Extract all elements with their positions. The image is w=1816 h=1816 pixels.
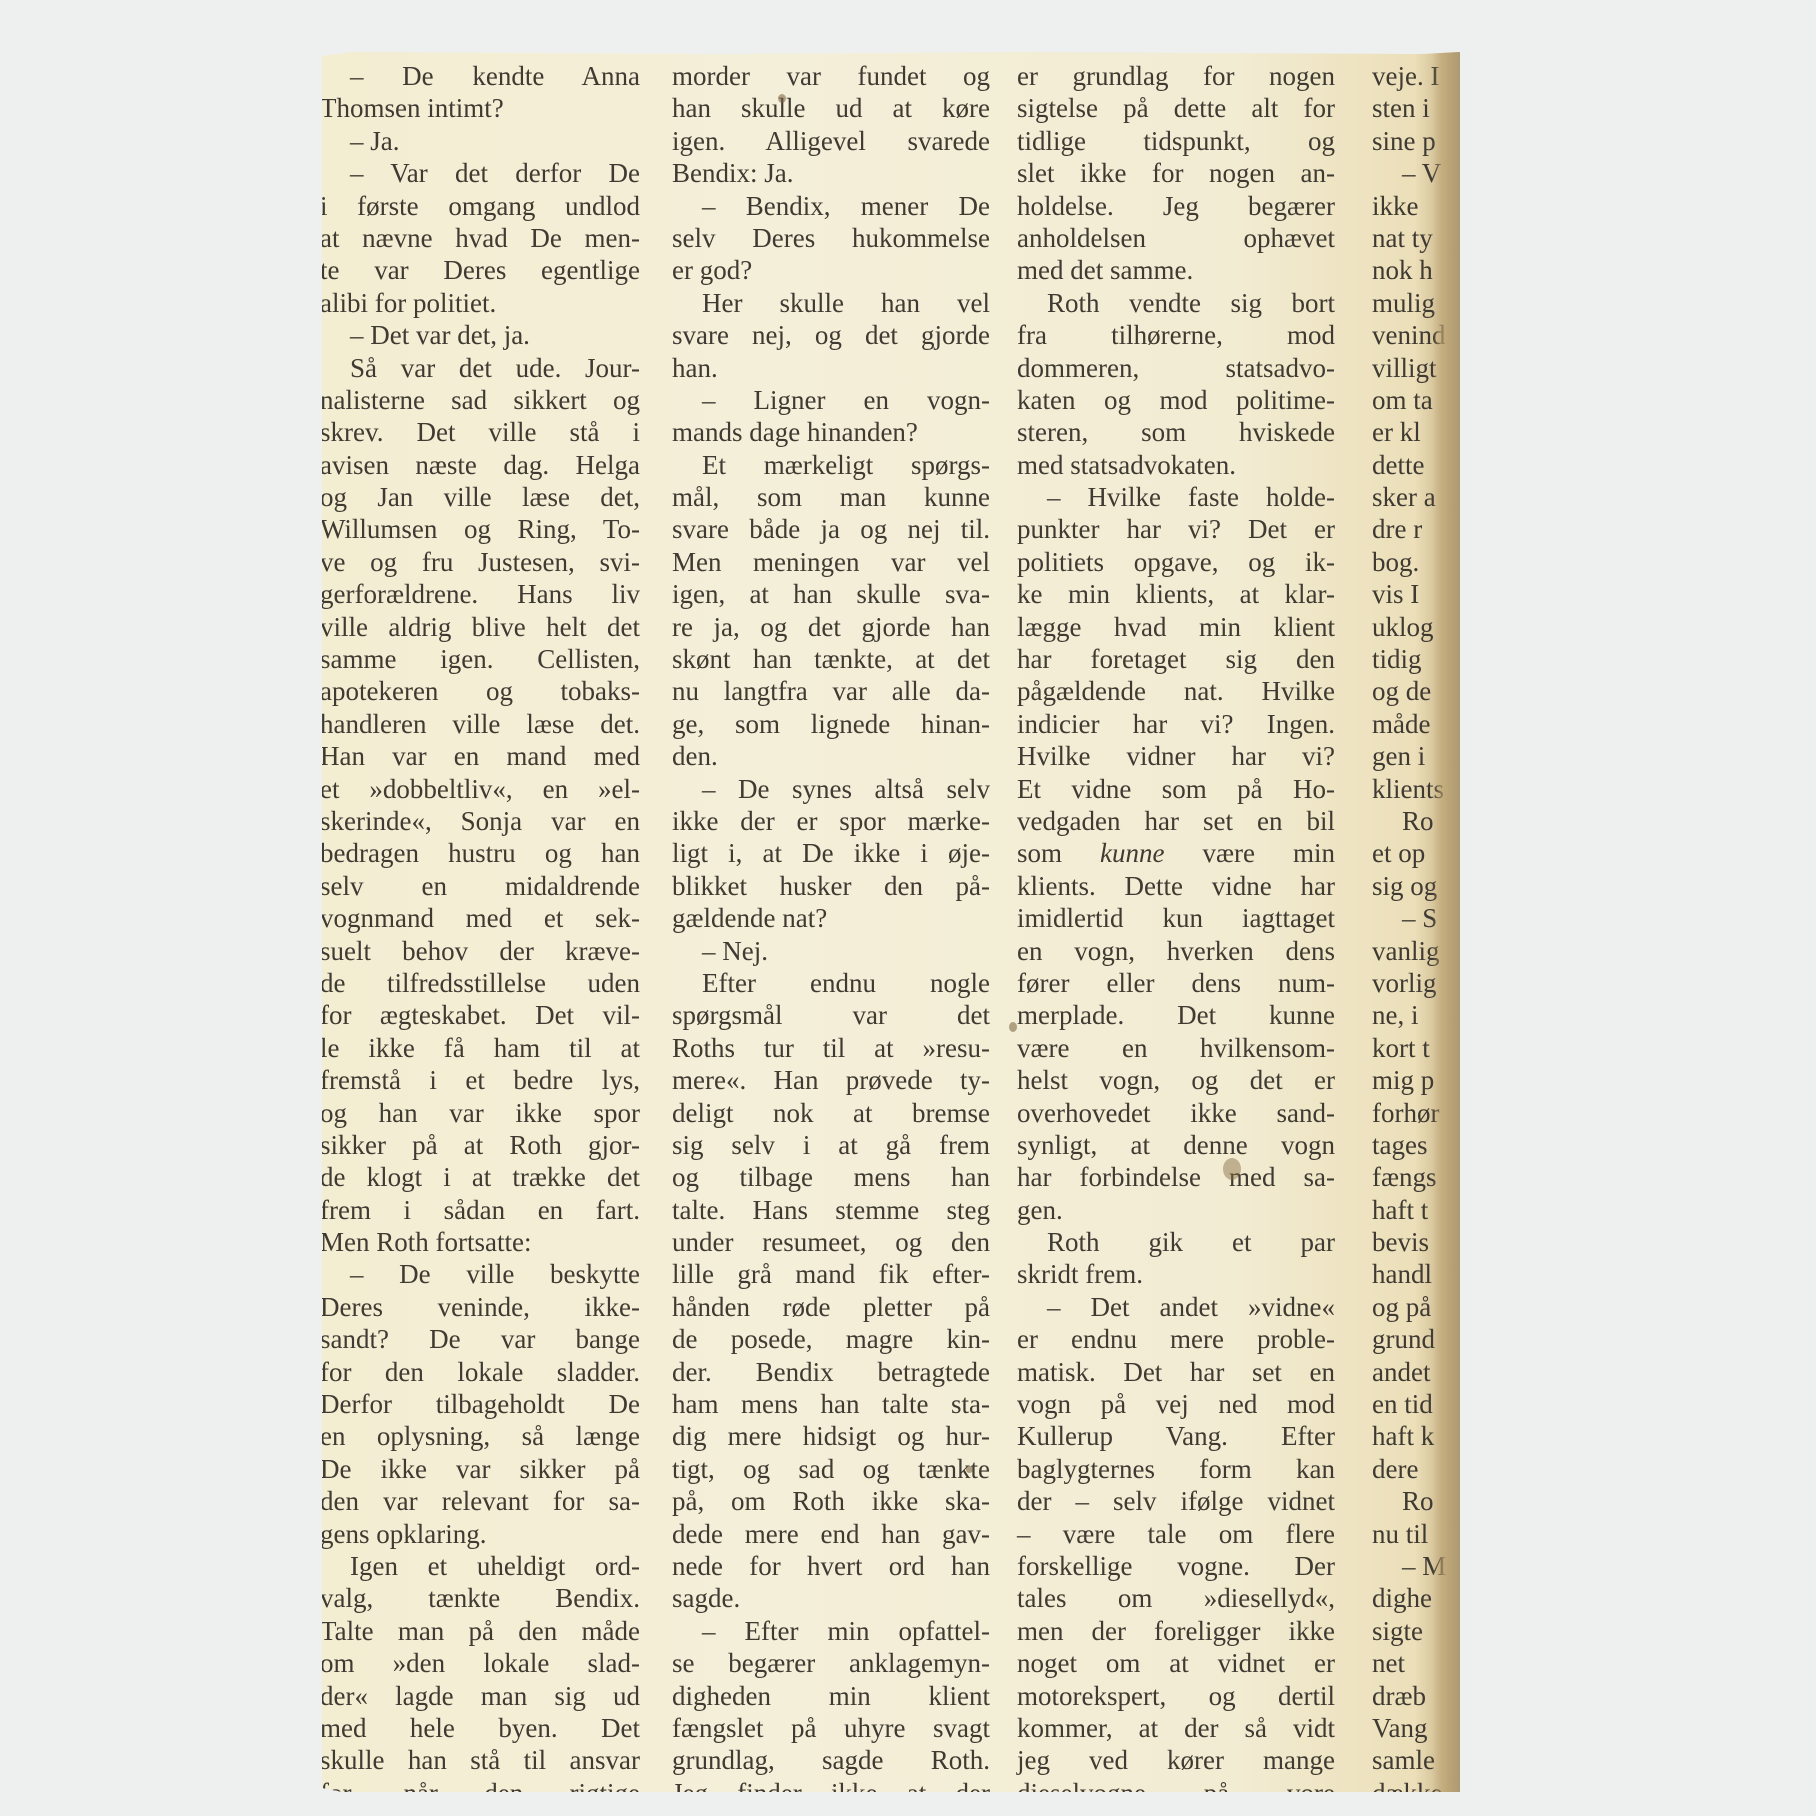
text-line: fremstå i et bedre lys,	[320, 1064, 640, 1096]
text-line: nok h	[1372, 254, 1492, 286]
text-column-1: – De kendte AnnaThomsen intimt?– Ja.– Va…	[320, 60, 640, 1809]
text-line: De ikke var sikker på	[320, 1453, 640, 1485]
text-line: sigte	[1372, 1615, 1492, 1647]
text-line: bog.	[1372, 546, 1492, 578]
text-line: spørgsmål var det	[672, 999, 990, 1031]
text-line: hånden røde pletter på	[672, 1291, 990, 1323]
text-line: sine p	[1372, 125, 1492, 157]
text-line: dre r	[1372, 513, 1492, 545]
text-line: sig og	[1372, 870, 1492, 902]
text-line: motorekspert, og dertil	[1017, 1680, 1335, 1712]
text-line: tigt, og sad og tænkte	[672, 1453, 990, 1485]
text-line: gerforældrene. Hans liv	[320, 578, 640, 610]
text-line: Ro	[1372, 1485, 1492, 1517]
text-line: frem i sådan en fart.	[320, 1194, 640, 1226]
text-line: måde	[1372, 708, 1492, 740]
text-line: te var Deres egentlige	[320, 254, 640, 286]
text-line: for den lokale sladder.	[320, 1356, 640, 1388]
text-line: med det samme.	[1017, 254, 1335, 286]
text-line: Igen et uheldigt ord-	[320, 1550, 640, 1582]
text-line: grundlag, sagde Roth.	[672, 1744, 990, 1776]
text-line: og Jan ville læse det,	[320, 481, 640, 513]
text-line: klients	[1372, 773, 1492, 805]
text-line: dighe	[1372, 1582, 1492, 1614]
text-line: apotekeren og tobaks-	[320, 675, 640, 707]
text-line: igen. Alligevel svarede	[672, 125, 990, 157]
text-line: jeg ved kører mange	[1017, 1744, 1335, 1776]
text-line: slet ikke for nogen an-	[1017, 157, 1335, 189]
text-line: – Det andet »vidne«	[1017, 1291, 1335, 1323]
text-line: er kl	[1372, 416, 1492, 448]
text-line: dede mere end han gav-	[672, 1518, 990, 1550]
text-line: klients. Dette vidne har	[1017, 870, 1335, 902]
text-line: matisk. Det har set en	[1017, 1356, 1335, 1388]
text-line: Thomsen intimt?	[320, 92, 640, 124]
text-line: selv en midaldrende	[320, 870, 640, 902]
text-line: – De ville beskytte	[320, 1258, 640, 1290]
text-line: fængslet på uhyre svagt	[672, 1712, 990, 1744]
text-line: ligt i, at De ikke i øje-	[672, 837, 990, 869]
text-line: skridt frem.	[1017, 1258, 1335, 1290]
text-column-4-cut-off: veje. Isten isine p– Vikkenat tynok hmul…	[1372, 60, 1492, 1809]
text-line: fører eller dens num-	[1017, 967, 1335, 999]
text-line: fra tilhørerne, mod	[1017, 319, 1335, 351]
text-line: sig selv i at gå frem	[672, 1129, 990, 1161]
text-line: skønt han tænkte, at det	[672, 643, 990, 675]
text-line: haft k	[1372, 1420, 1492, 1452]
text-line: tages	[1372, 1129, 1492, 1161]
text-line: – Nej.	[672, 935, 990, 967]
text-line: ne, i	[1372, 999, 1492, 1031]
text-line: se begærer anklagemyn-	[672, 1647, 990, 1679]
text-line: fængs	[1372, 1161, 1492, 1193]
text-line: merplade. Det kunne	[1017, 999, 1335, 1031]
text-line: – være tale om flere	[1017, 1518, 1335, 1550]
text-line: de posede, magre kin-	[672, 1323, 990, 1355]
text-line: venind	[1372, 319, 1492, 351]
text-line: mig p	[1372, 1064, 1492, 1096]
text-line: skerinde«, Sonja var en	[320, 805, 640, 837]
text-line: vis I	[1372, 578, 1492, 610]
text-line: tidig	[1372, 643, 1492, 675]
text-line: baglygternes form kan	[1017, 1453, 1335, 1485]
text-line: de klogt i at trække det	[320, 1161, 640, 1193]
text-line: forhør	[1372, 1097, 1492, 1129]
text-line: ve og fru Justesen, svi-	[320, 546, 640, 578]
text-line: Bendix: Ja.	[672, 157, 990, 189]
text-line: er endnu mere proble-	[1017, 1323, 1335, 1355]
text-line: et »dobbeltliv«, en »el-	[320, 773, 640, 805]
text-line: – Bendix, mener De	[672, 190, 990, 222]
text-line: steren, som hviskede	[1017, 416, 1335, 448]
text-line: vedgaden har set en bil	[1017, 805, 1335, 837]
text-line: suelt behov der kræve-	[320, 935, 640, 967]
text-line: svare både ja og nej til.	[672, 513, 990, 545]
text-line: være en hvilkensom-	[1017, 1032, 1335, 1064]
text-line: dræb	[1372, 1680, 1492, 1712]
text-line: – Ligner en vogn-	[672, 384, 990, 416]
text-line: under resumeet, og den	[672, 1226, 990, 1258]
text-line: samle	[1372, 1744, 1492, 1776]
text-line: holdelse. Jeg begærer	[1017, 190, 1335, 222]
text-column-3: er grundlag for nogensigtelse på dette a…	[1017, 60, 1335, 1809]
text-line: lille grå mand fik efter-	[672, 1258, 990, 1290]
text-line: og tilbage mens han	[672, 1161, 990, 1193]
text-line: Willumsen og Ring, To-	[320, 513, 640, 545]
text-line: Deres veninde, ikke-	[320, 1291, 640, 1323]
text-line: gens opklaring.	[320, 1518, 640, 1550]
text-line: indicier har vi? Ingen.	[1017, 708, 1335, 740]
text-line: Derfor tilbageholdt De	[320, 1388, 640, 1420]
text-line: – De synes altså selv	[672, 773, 990, 805]
text-line: gældende nat?	[672, 902, 990, 934]
text-line: om ta	[1372, 384, 1492, 416]
text-line: et op	[1372, 837, 1492, 869]
text-line: punkter har vi? Det er	[1017, 513, 1335, 545]
text-line: blikket husker den på-	[672, 870, 990, 902]
text-line: skulle han stå til ansvar	[320, 1744, 640, 1776]
text-line: katen og mod politime-	[1017, 384, 1335, 416]
text-line: Et mærkeligt spørgs-	[672, 449, 990, 481]
text-line: dieselvogne på vore	[1017, 1777, 1335, 1809]
text-line: har forbindelse med sa-	[1017, 1161, 1335, 1193]
text-line: forskellige vogne. Der	[1017, 1550, 1335, 1582]
text-line: Men Roth fortsatte:	[320, 1226, 640, 1258]
text-line: le ikke få ham til at	[320, 1032, 640, 1064]
text-line: Vang	[1372, 1712, 1492, 1744]
text-line: med hele byen. Det	[320, 1712, 640, 1744]
text-line: lægge hvad min klient	[1017, 611, 1335, 643]
text-line: politiets opgave, og ik-	[1017, 546, 1335, 578]
text-line: alibi for politiet.	[320, 287, 640, 319]
text-line: bedragen hustru og han	[320, 837, 640, 869]
text-line: handl	[1372, 1258, 1492, 1290]
text-line: nu langtfra var alle da-	[672, 675, 990, 707]
text-line: sker a	[1372, 481, 1492, 513]
text-line: morder var fundet og	[672, 60, 990, 92]
text-line: anholdelsen ophævet	[1017, 222, 1335, 254]
text-line: avisen næste dag. Helga	[320, 449, 640, 481]
text-line: handleren ville læse det.	[320, 708, 640, 740]
text-line: – V	[1372, 157, 1492, 189]
text-line: er grundlag for nogen	[1017, 60, 1335, 92]
text-line: og han var ikke spor	[320, 1097, 640, 1129]
text-line: en tid	[1372, 1388, 1492, 1420]
text-line: på, om Roth ikke ska-	[672, 1485, 990, 1517]
text-line: pågældende nat. Hvilke	[1017, 675, 1335, 707]
text-line: villigt	[1372, 352, 1492, 384]
ink-stain	[1009, 1022, 1017, 1032]
text-line: den var relevant for sa-	[320, 1485, 640, 1517]
text-line: overhovedet ikke sand-	[1017, 1097, 1335, 1129]
text-line: dommeren, statsadvo-	[1017, 352, 1335, 384]
text-line: og på	[1372, 1291, 1492, 1323]
text-line: nede for hvert ord han	[672, 1550, 990, 1582]
text-line: samme igen. Cellisten,	[320, 643, 640, 675]
text-line: mere«. Han prøvede ty-	[672, 1064, 990, 1096]
text-line: ikke der er spor mærke-	[672, 805, 990, 837]
text-line: han skulle ud at køre	[672, 92, 990, 124]
text-line: deligt nok at bremse	[672, 1097, 990, 1129]
text-line: en oplysning, så længe	[320, 1420, 640, 1452]
text-line: Et vidne som på Ho-	[1017, 773, 1335, 805]
text-line: – Ja.	[320, 125, 640, 157]
text-line: som kunne være min	[1017, 837, 1335, 869]
text-line: – Hvilke faste holde-	[1017, 481, 1335, 513]
text-line: og de	[1372, 675, 1492, 707]
text-line: Hvilke vidner har vi?	[1017, 740, 1335, 772]
text-line: Ro	[1372, 805, 1492, 837]
text-line: men der foreligger ikke	[1017, 1615, 1335, 1647]
text-line: en vogn, hverken dens	[1017, 935, 1335, 967]
text-line: skrev. Det ville stå i	[320, 416, 640, 448]
text-line: selv Deres hukommelse	[672, 222, 990, 254]
text-line: Efter endnu nogle	[672, 967, 990, 999]
text-line: er god?	[672, 254, 990, 286]
text-line: Her skulle han vel	[672, 287, 990, 319]
text-line: svare nej, og det gjorde	[672, 319, 990, 351]
text-line: ke min klients, at klar-	[1017, 578, 1335, 610]
text-line: – M	[1372, 1550, 1492, 1582]
text-line: Roth gik et par	[1017, 1226, 1335, 1258]
text-line: nalisterne sad sikkert og	[320, 384, 640, 416]
text-line: med statsadvokaten.	[1017, 449, 1335, 481]
text-line: der« lagde man sig ud	[320, 1680, 640, 1712]
text-line: har foretaget sig den	[1017, 643, 1335, 675]
text-line: at nævne hvad De men-	[320, 222, 640, 254]
text-line: for, når den rigtige	[320, 1777, 640, 1809]
text-line: bevis	[1372, 1226, 1492, 1258]
text-line: ikke	[1372, 190, 1492, 222]
text-line: ville aldrig blive helt det	[320, 611, 640, 643]
text-line: den.	[672, 740, 990, 772]
text-line: mands dage hinanden?	[672, 416, 990, 448]
text-line: gen i	[1372, 740, 1492, 772]
book-page: – De kendte AnnaThomsen intimt?– Ja.– Va…	[322, 52, 1460, 1792]
text-line: tidlige tidspunkt, og	[1017, 125, 1335, 157]
text-line: dig mere hidsigt og hur-	[672, 1420, 990, 1452]
text-line: mulig	[1372, 287, 1492, 319]
text-line: uklog	[1372, 611, 1492, 643]
text-line: Roth vendte sig bort	[1017, 287, 1335, 319]
text-line: om »den lokale slad-	[320, 1647, 640, 1679]
text-line: Jeg finder ikke at der	[672, 1777, 990, 1809]
text-line: Talte man på den måde	[320, 1615, 640, 1647]
text-line: der – selv ifølge vidnet	[1017, 1485, 1335, 1517]
text-column-2: morder var fundet oghan skulle ud at kør…	[672, 60, 990, 1809]
text-line: vognmand med et sek-	[320, 902, 640, 934]
text-line: re ja, og det gjorde han	[672, 611, 990, 643]
text-line: igen, at han skulle sva-	[672, 578, 990, 610]
text-line: – S	[1372, 902, 1492, 934]
text-line: dere	[1372, 1453, 1492, 1485]
text-line: – Efter min opfattel-	[672, 1615, 990, 1647]
text-line: tales om »diesellyd«,	[1017, 1582, 1335, 1614]
text-line: nat ty	[1372, 222, 1492, 254]
text-line: for ægteskabet. Det vil-	[320, 999, 640, 1031]
text-line: der. Bendix betragtede	[672, 1356, 990, 1388]
text-line: vanlig	[1372, 935, 1492, 967]
text-line: sikker på at Roth gjor-	[320, 1129, 640, 1161]
text-line: Men meningen var vel	[672, 546, 990, 578]
text-line: kort t	[1372, 1032, 1492, 1064]
text-line: sandt? De var bange	[320, 1323, 640, 1355]
text-line: nu til	[1372, 1518, 1492, 1550]
text-line: digheden min klient	[672, 1680, 990, 1712]
text-line: Kullerup Vang. Efter	[1017, 1420, 1335, 1452]
text-line: valg, tænkte Bendix.	[320, 1582, 640, 1614]
text-line: sigtelse på dette alt for	[1017, 92, 1335, 124]
text-line: Roths tur til at »resu-	[672, 1032, 990, 1064]
text-line: andet	[1372, 1356, 1492, 1388]
text-line: mål, som man kunne	[672, 481, 990, 513]
text-line: dække	[1372, 1777, 1492, 1809]
text-line: talte. Hans stemme steg	[672, 1194, 990, 1226]
text-line: ham mens han talte sta-	[672, 1388, 990, 1420]
text-line: han.	[672, 352, 990, 384]
text-line: helst vogn, og det er	[1017, 1064, 1335, 1096]
text-line: haft t	[1372, 1194, 1492, 1226]
text-line: dette	[1372, 449, 1492, 481]
text-line: vorlig	[1372, 967, 1492, 999]
text-line: i første omgang undlod	[320, 190, 640, 222]
text-line: – Var det derfor De	[320, 157, 640, 189]
text-line: ge, som lignede hinan-	[672, 708, 990, 740]
text-line: net	[1372, 1647, 1492, 1679]
text-line: veje. I	[1372, 60, 1492, 92]
text-line: – De kendte Anna	[320, 60, 640, 92]
text-line: Så var det ude. Jour-	[320, 352, 640, 384]
text-line: vogn på vej ned mod	[1017, 1388, 1335, 1420]
text-line: sagde.	[672, 1582, 990, 1614]
text-line: gen.	[1017, 1194, 1335, 1226]
text-line: imidlertid kun iagttaget	[1017, 902, 1335, 934]
text-line: Han var en mand med	[320, 740, 640, 772]
text-line: grund	[1372, 1323, 1492, 1355]
text-line: – Det var det, ja.	[320, 319, 640, 351]
text-line: sten i	[1372, 92, 1492, 124]
text-line: kommer, at der så vidt	[1017, 1712, 1335, 1744]
text-line: synligt, at denne vogn	[1017, 1129, 1335, 1161]
text-line: de tilfredsstillelse uden	[320, 967, 640, 999]
text-line: noget om at vidnet er	[1017, 1647, 1335, 1679]
